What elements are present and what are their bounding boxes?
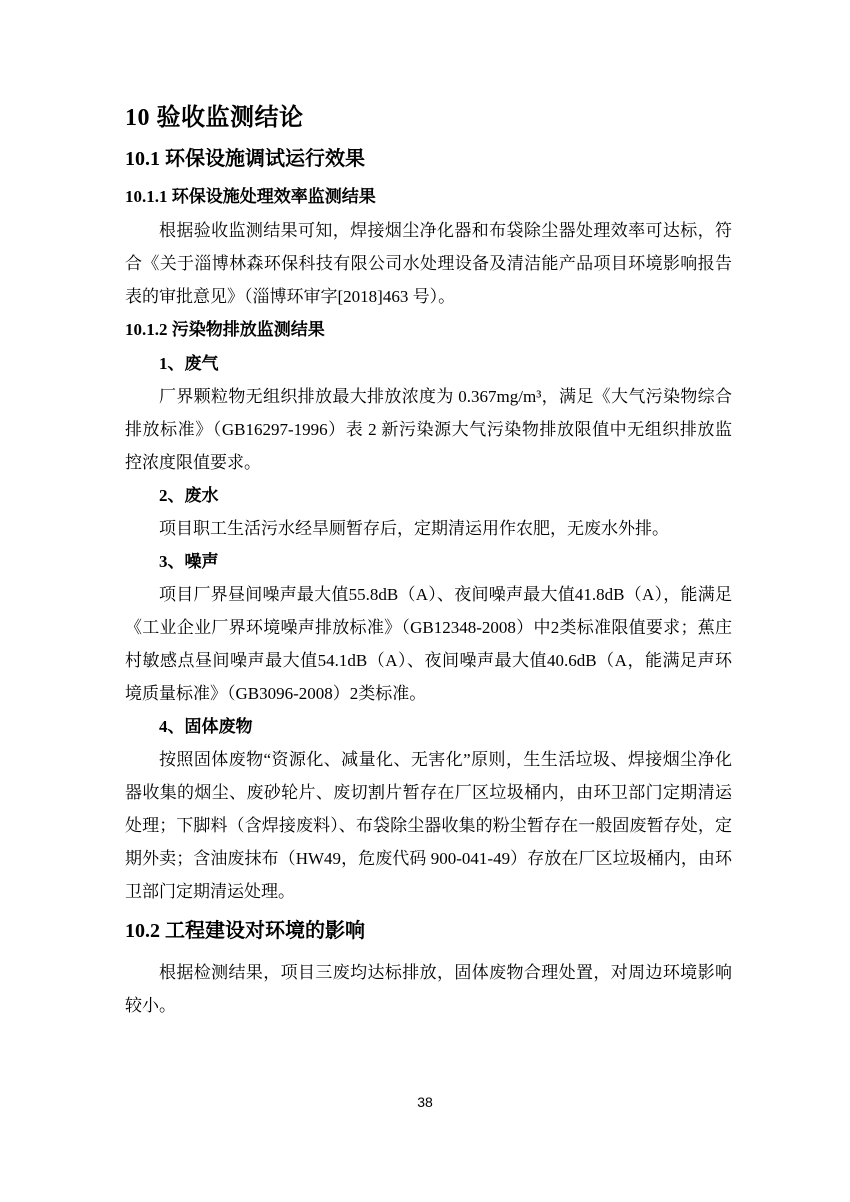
item-label-waste-gas: 1、废气	[125, 347, 732, 380]
document-page: 10 验收监测结论 10.1 环保设施调试运行效果 10.1.1 环保设施处理效…	[0, 0, 850, 1202]
subsection-title-10-1-1: 10.1.1 环保设施处理效率监测结果	[125, 184, 732, 210]
section-title-10-2: 10.2 工程建设对环境的影响	[125, 916, 732, 946]
paragraph-waste-gas: 厂界颗粒物无组织排放最大排放浓度为 0.367mg/m³，满足《大气污染物综合排…	[125, 380, 732, 479]
item-label-solid-waste: 4、固体废物	[125, 710, 732, 743]
paragraph-environmental-impact: 根据检测结果，项目三废均达标排放，固体废物合理处置，对周边环境影响较小。	[125, 956, 732, 1022]
paragraph-solid-waste: 按照固体废物“资源化、减量化、无害化”原则，生生活垃圾、焊接烟尘净化器收集的烟尘…	[125, 743, 732, 908]
page-number: 38	[0, 1094, 850, 1110]
paragraph-noise: 项目厂界昼间噪声最大值55.8dB（A）、夜间噪声最大值41.8dB（A），能满…	[125, 578, 732, 710]
subsection-title-10-1-2: 10.1.2 污染物排放监测结果	[125, 317, 732, 343]
item-label-waste-water: 2、废水	[125, 479, 732, 512]
document-content: 10 验收监测结论 10.1 环保设施调试运行效果 10.1.1 环保设施处理效…	[125, 100, 732, 1022]
chapter-title: 10 验收监测结论	[125, 100, 732, 136]
paragraph-waste-water: 项目职工生活污水经旱厕暂存后，定期清运用作农肥，无废水外排。	[125, 512, 732, 545]
section-title-10-1: 10.1 环保设施调试运行效果	[125, 144, 732, 174]
paragraph-treatment-efficiency: 根据验收监测结果可知，焊接烟尘净化器和布袋除尘器处理效率可达标，符合《关于淄博林…	[125, 214, 732, 313]
item-label-noise: 3、噪声	[125, 545, 732, 578]
